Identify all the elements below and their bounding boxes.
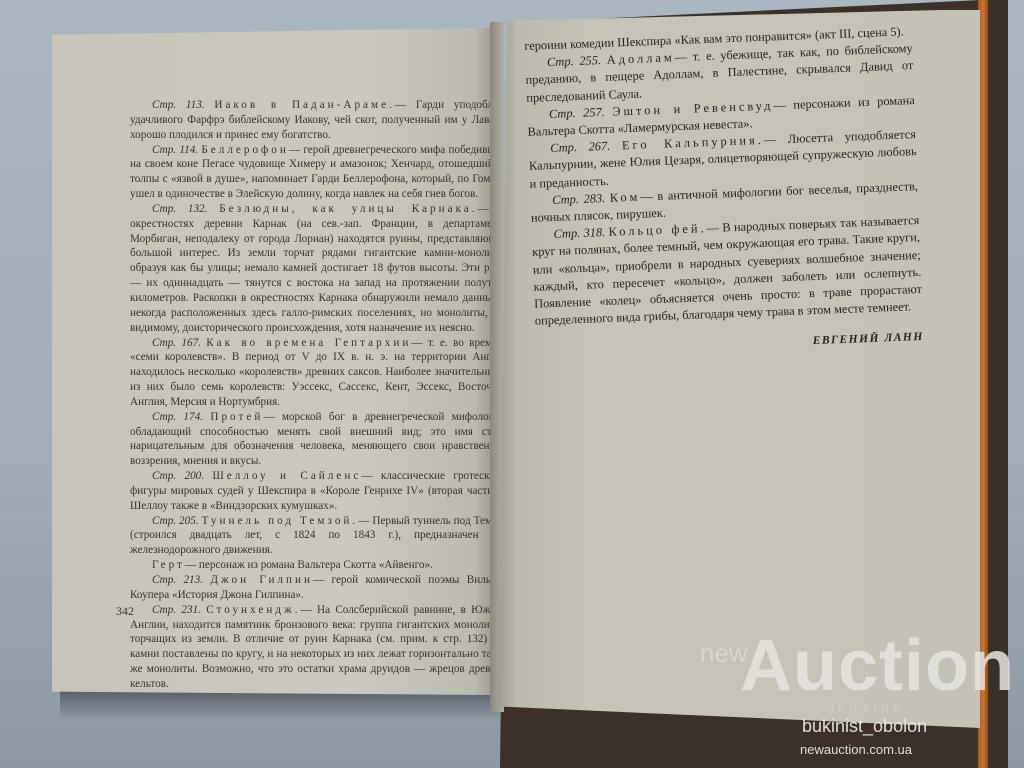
page-number: 342 xyxy=(116,604,134,619)
note-entry: Стр. 200. Шеллоу и Сайленс— классические… xyxy=(130,469,508,514)
note-entry: Стр. 114. Беллерофон— герой древнегречес… xyxy=(130,143,508,202)
note-entry: Стр. 174. Протей— морской бог в древнегр… xyxy=(130,410,508,469)
right-page-text: героини комедии Шекспира «Как вам это по… xyxy=(524,23,924,361)
note-entry: Герт— персонаж из романа Вальтера Скотта… xyxy=(130,558,508,573)
note-entry: Стр. 113. Иаков в Падан-Араме.— Гарди уп… xyxy=(130,98,508,143)
watermark-brand: Auction xyxy=(740,626,1015,706)
note-entry: Стр. 132. Безлюдны, как улицы Карнака.— … xyxy=(130,202,508,336)
watermark: new Auction UKRAINE bukinist_obolon newa… xyxy=(700,620,1024,768)
note-entry: Стр. 318. Кольцо фей.— В народных поверь… xyxy=(531,212,923,330)
watermark-seller: bukinist_obolon xyxy=(802,716,927,737)
note-entry: Стр. 205. Туннель под Темзой.— Первый ту… xyxy=(130,514,508,559)
author-signature: ЕВГЕНИЙ ЛАНН xyxy=(536,329,924,361)
note-entry: Стр. 167. Как во времена Гептархии— т. е… xyxy=(130,336,508,410)
left-page: Стр. 113. Иаков в Падан-Араме.— Гарди уп… xyxy=(52,28,492,695)
watermark-country: UKRAINE xyxy=(826,704,905,715)
note-entry: Стр. 213. Джон Гилпин— герой комической … xyxy=(130,573,508,603)
left-page-text: Стр. 113. Иаков в Падан-Араме.— Гарди уп… xyxy=(130,98,508,707)
watermark-site: newauction.com.ua xyxy=(800,742,912,757)
note-entry: Стр. 231. Стоунхендж.— На Солсберийской … xyxy=(130,603,508,692)
